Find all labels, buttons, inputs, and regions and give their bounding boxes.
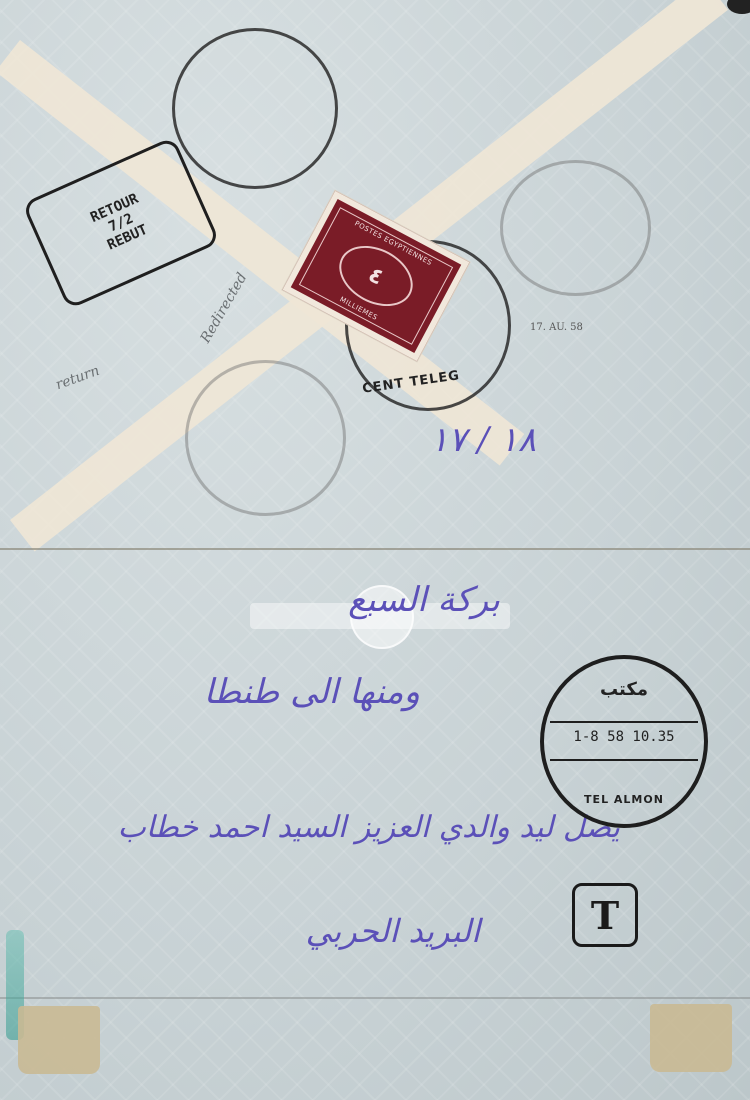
date-note: 17. AU. 58 bbox=[530, 322, 583, 333]
tape-seal-right bbox=[650, 1004, 732, 1072]
flap-fold-line bbox=[0, 548, 750, 550]
bottom-fold-line bbox=[0, 997, 750, 999]
address-line-4: البريد الحربي bbox=[280, 912, 480, 950]
postmark-bottom-text: TEL ALMON bbox=[544, 793, 704, 806]
postmark-band-top bbox=[550, 721, 698, 723]
postmark-top bbox=[172, 28, 338, 189]
postmark-faint-left bbox=[185, 360, 346, 516]
address-line-3: يصل ليد والدي العزيز السيد احمد خطاب bbox=[40, 810, 620, 845]
tape-seal-left bbox=[18, 1006, 100, 1074]
postmark-date: 1-8 58 10.35 bbox=[544, 729, 704, 745]
postmark-band-bottom bbox=[550, 759, 698, 761]
flap-handwritten-note: ١٨ / ١٧ bbox=[430, 420, 536, 460]
postmark-dated: مكتب 1-8 58 10.35 TEL ALMON bbox=[540, 655, 708, 828]
postmark-top-text: مكتب bbox=[544, 679, 704, 700]
postmark-faint-right bbox=[500, 160, 651, 296]
address-line-2: ومنها الى طنطا bbox=[40, 672, 420, 712]
t-tax-stamp: T bbox=[572, 883, 638, 947]
address-line-1: بركة السبع bbox=[280, 580, 500, 620]
